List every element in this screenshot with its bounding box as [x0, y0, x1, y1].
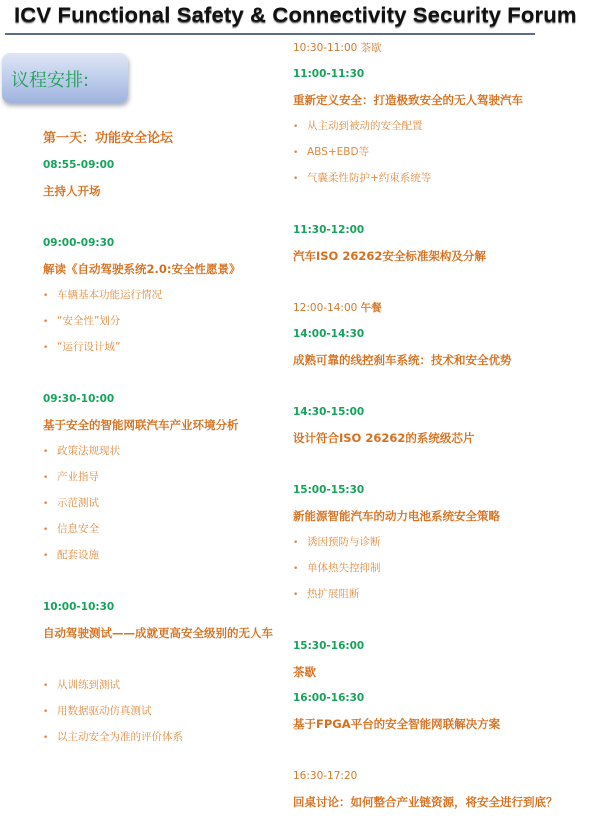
session-topic: 成熟可靠的线控刹车系统：技术和安全优势 [293, 347, 583, 373]
bullet-text: 以主动安全为准的评价体系 [57, 731, 183, 743]
spacer [293, 451, 583, 477]
spacer [43, 360, 283, 386]
bullet-text: 政策法规现状 [57, 445, 120, 457]
bullet-item: •示范测试 [43, 490, 283, 516]
spacer [293, 373, 583, 399]
bullet-item: •气囊柔性防护+约束系统等 [293, 165, 583, 191]
bullet-icon: • [43, 439, 57, 465]
session-time: 11:00-11:30 [293, 61, 583, 87]
session-time: 11:30-12:00 [293, 217, 583, 243]
panel-time: 16:30-17:20 [293, 763, 583, 789]
bullet-icon: • [43, 335, 57, 361]
session-time: 10:00-10:30 [43, 594, 283, 620]
bullet-icon: • [293, 530, 307, 556]
bullet-text: 热扩展阻断 [307, 588, 360, 600]
bullet-icon: • [43, 465, 57, 491]
bullet-item: •产业指导 [43, 464, 283, 490]
session-time: 14:00-14:30 [293, 321, 583, 347]
bullet-text: 示范测试 [57, 497, 99, 509]
bullet-item: •从主动到被动的安全配置 [293, 113, 583, 139]
agenda-badge: 议程安排: [2, 53, 128, 103]
bullet-item: •ABS+EBD等 [293, 139, 583, 165]
bullet-icon: • [43, 543, 57, 569]
session-topic: 茶歇 [293, 659, 583, 685]
day-one-column: 第一天：功能安全论坛 08:55-09:00 主持人开场 09:00-09:30… [43, 126, 283, 750]
bullet-text: 诱因预防与诊断 [307, 536, 381, 548]
bullet-icon: • [43, 309, 57, 335]
session-time: 15:30-16:00 [293, 633, 583, 659]
lunch-label: 午餐 [361, 302, 382, 314]
panel-topic: 回桌讨论：如何整合产业链资源，将安全进行到底？ [293, 789, 583, 815]
bullet-text: 配套设施 [57, 549, 99, 561]
bullet-icon: • [293, 140, 307, 166]
day-one-afternoon-column: 10:30-11:00 茶歇 11:00-11:30 重新定义安全：打造极致安全… [293, 35, 583, 815]
bullet-item: •诱因预防与诊断 [293, 529, 583, 555]
bullet-text: 从训练到测试 [57, 679, 120, 691]
bullet-icon: • [293, 556, 307, 582]
agenda-label: 议程安排: [11, 66, 89, 92]
bullet-icon: • [293, 582, 307, 608]
spacer [293, 737, 583, 763]
bullet-icon: • [43, 491, 57, 517]
session-topic: 主持人开场 [43, 178, 283, 204]
session-topic: 自动驾驶测试——成就更高安全级别的无人车 [43, 620, 279, 672]
spacer [293, 191, 583, 217]
bullet-text: 产业指导 [57, 471, 99, 483]
bullet-item: •政策法规现状 [43, 438, 283, 464]
bullet-text: 车辆基本功能运行情况 [57, 289, 162, 301]
session-time: 16:00-16:30 [293, 685, 583, 711]
session-time: 15:00-15:30 [293, 477, 583, 503]
session-topic: 新能源智能汽车的动力电池系统安全策略 [293, 503, 583, 529]
session-time: 14:30-15:00 [293, 399, 583, 425]
bullet-text: 信息安全 [57, 523, 99, 535]
spacer [43, 204, 283, 230]
bullet-item: •“安全性”划分 [43, 308, 283, 334]
spacer [293, 607, 583, 633]
session-time: 09:30-10:00 [43, 386, 283, 412]
bullet-icon: • [43, 725, 57, 751]
session-topic: 基于FPGA平台的安全智能网联解决方案 [293, 711, 583, 737]
bullet-icon: • [43, 517, 57, 543]
lunch-row: 12:00-14:00 午餐 [293, 295, 583, 321]
bullet-item: •以主动安全为准的评价体系 [43, 724, 283, 750]
bullet-text: 用数据驱动仿真测试 [57, 705, 152, 717]
session-topic: 重新定义安全：打造极致安全的无人驾驶汽车 [293, 87, 583, 113]
session-topic: 设计符合ISO 26262的系统级芯片 [293, 425, 583, 451]
session-time: 09:00-09:30 [43, 230, 283, 256]
bullet-item: •“运行设计域” [43, 334, 283, 360]
page-title: ICV Functional Safety & Connectivity Sec… [14, 0, 577, 30]
bullet-item: •车辆基本功能运行情况 [43, 282, 283, 308]
lunch-time: 12:00-14:00 [293, 302, 357, 314]
bullet-text: 从主动到被动的安全配置 [307, 120, 423, 132]
bullet-icon: • [293, 114, 307, 140]
bullet-text: 气囊柔性防护+约束系统等 [307, 172, 431, 184]
bullet-text: “运行设计域” [57, 341, 120, 353]
session-topic: 解读《自动驾驶系统2.0:安全性愿景》 [43, 256, 283, 282]
bullet-item: •配套设施 [43, 542, 283, 568]
bullet-item: •用数据驱动仿真测试 [43, 698, 283, 724]
session-time: 08:55-09:00 [43, 152, 283, 178]
break-time: 10:30-11:00 [293, 42, 357, 54]
break-label: 茶歇 [361, 42, 382, 54]
bullet-item: •信息安全 [43, 516, 283, 542]
bullet-icon: • [293, 166, 307, 192]
break-row: 10:30-11:00 茶歇 [293, 35, 583, 61]
day-title: 第一天：功能安全论坛 [43, 126, 283, 152]
bullet-text: 单体热失控抑制 [307, 562, 381, 574]
spacer [293, 269, 583, 295]
session-topic: 基于安全的智能网联汽车产业环境分析 [43, 412, 283, 438]
spacer [43, 568, 283, 594]
bullet-item: •热扩展阻断 [293, 581, 583, 607]
bullet-icon: • [43, 673, 57, 699]
bullet-icon: • [43, 283, 57, 309]
bullet-item: •从训练到测试 [43, 672, 283, 698]
bullet-text: ABS+EBD等 [307, 146, 369, 158]
session-topic: 汽车ISO 26262安全标准架构及分解 [293, 243, 583, 269]
bullet-icon: • [43, 699, 57, 725]
bullet-item: •单体热失控抑制 [293, 555, 583, 581]
bullet-text: “安全性”划分 [57, 315, 120, 327]
